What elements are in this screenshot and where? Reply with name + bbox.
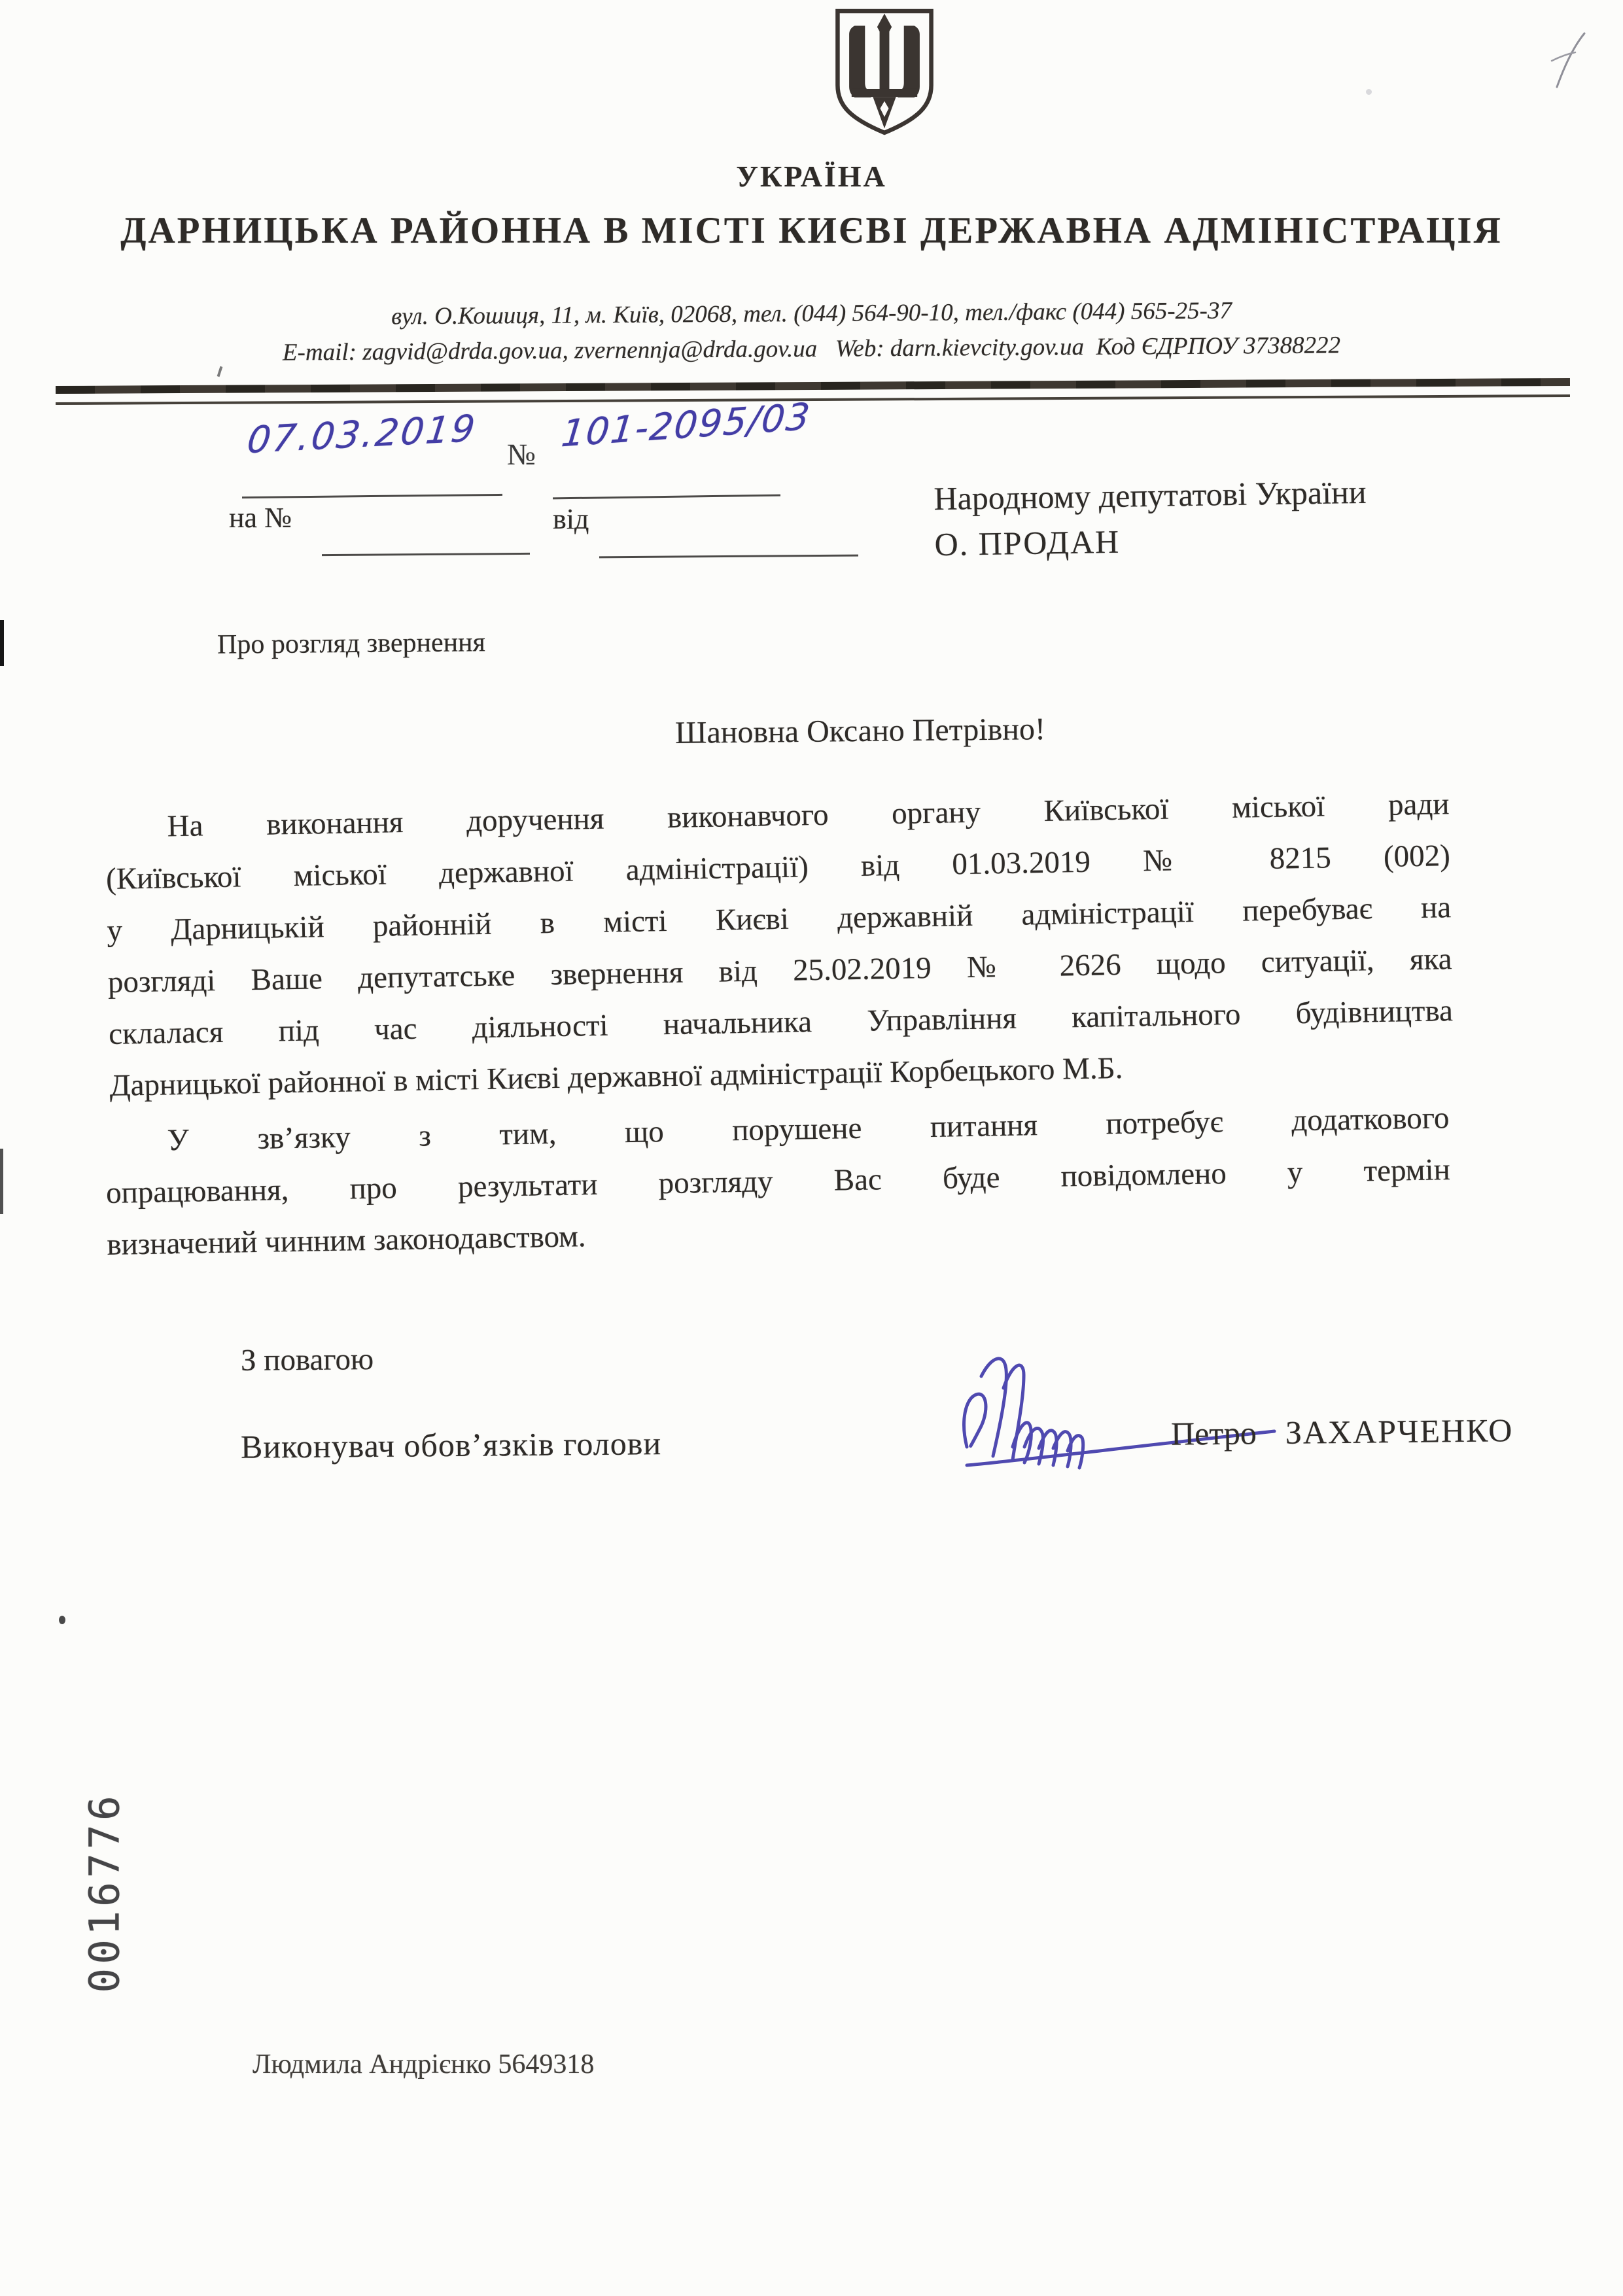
registration-number: 0016776	[81, 1792, 129, 1993]
salutation-line: Шановна Оксано Петрівно!	[675, 711, 1045, 751]
numero-sign: №	[507, 437, 536, 472]
incoming-number-label: на №	[229, 501, 292, 534]
scanned-letter-page: УКРАЇНА ДАРНИЦЬКА РАЙОННА В МІСТІ КИЄВІ …	[0, 0, 1623, 2296]
addressee-name: О. ПРОДАН	[934, 519, 1367, 563]
outgoing-date-handwritten: 07.03.2019	[245, 408, 479, 462]
emblem-container	[833, 4, 936, 139]
outgoing-date-underline	[242, 494, 502, 498]
body-paragraph-1: На виконання доручення виконавчого орган…	[105, 778, 1454, 1112]
organization-name: ДАРНИЦЬКА РАЙОННА В МІСТІ КИЄВІ ДЕРЖАВНА…	[0, 209, 1623, 252]
addressee-title: Народному депутатові України	[934, 473, 1367, 517]
addressee-block: Народному депутатові України О. ПРОДАН	[934, 473, 1367, 563]
country-title: УКРАЇНА	[0, 159, 1623, 194]
address-line: вул. О.Кошиця, 11, м. Київ, 02068, тел. …	[0, 294, 1623, 333]
pencil-mark	[1549, 29, 1595, 95]
pencil-mark-icon	[1549, 29, 1595, 92]
scan-speck	[59, 1616, 65, 1624]
body-paragraph-2: У зв’язку з тим, що порушене питання пот…	[105, 1092, 1452, 1271]
contacts-line: E-mail: zagvid@drda.gov.ua, zvernennja@d…	[0, 329, 1623, 368]
signer-first-name: Петро	[1171, 1414, 1257, 1452]
incoming-from-label: від	[553, 502, 589, 536]
scan-edge-artifact	[0, 1149, 3, 1214]
outgoing-number-underline	[553, 495, 780, 500]
executor-line: Людмила Андрієнко 5649318	[253, 2049, 594, 2080]
ukraine-trident-emblem-icon	[833, 4, 936, 139]
closing-respect: З повагою	[241, 1342, 374, 1378]
signer-position: Виконувач обов’язків голови	[241, 1424, 662, 1466]
subject-line: Про розгляд звернення	[217, 627, 485, 661]
incoming-number-underline	[322, 553, 530, 556]
incoming-from-underline	[599, 555, 858, 559]
scan-speck	[217, 366, 223, 377]
scan-speck	[1366, 89, 1372, 95]
signer-last-name: ЗАХАРЧЕНКО	[1285, 1411, 1513, 1452]
signer-name: Петро ЗАХАРЧЕНКО	[1171, 1411, 1514, 1452]
header-rule-thick	[56, 378, 1570, 394]
scan-edge-artifact	[0, 620, 4, 666]
outgoing-number-handwritten: 101-2095/03	[559, 395, 813, 455]
